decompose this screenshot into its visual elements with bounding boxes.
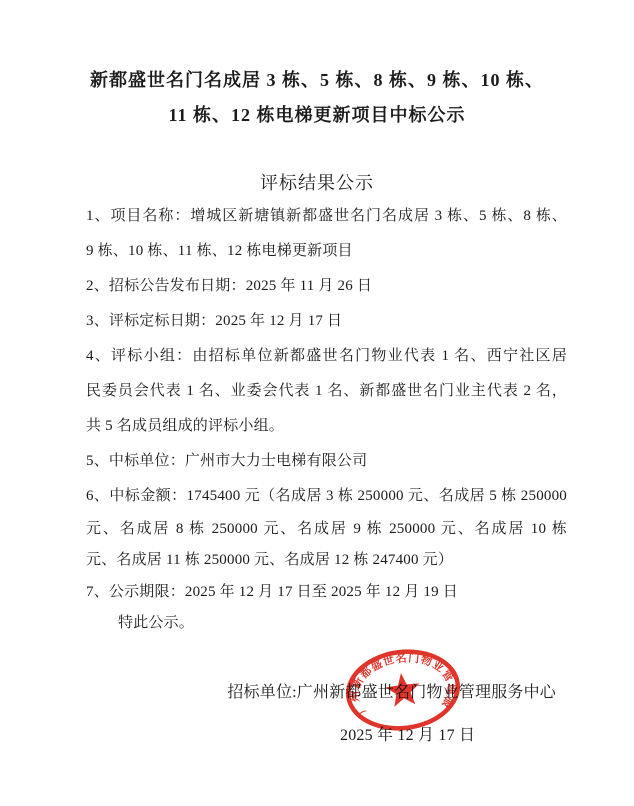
section-heading: 评标结果公示 [0,171,634,195]
signature-date: 2025 年 12 月 17 日 [340,724,475,748]
body-line-amount-1: 6、中标金额：1745400 元（名成居 3 栋 250000 元、名成居 5 … [86,484,567,508]
body-line-evaluation-date: 3、评标定标日期：2025 年 12 月 17 日 [86,309,567,333]
body-line-winner: 5、中标单位：广州市大力士电梯有限公司 [86,449,567,473]
body-line-panel-3: 共 5 名成员组成的评标小组。 [86,414,567,438]
body-line-notice-date: 2、招标公告发布日期：2025 年 11 月 26 日 [86,274,567,298]
document-title-line-1: 新都盛世名门名成居 3 栋、5 栋、8 栋、9 栋、10 栋、 [0,68,634,92]
body-line-amount-2: 元、名成居 8 栋 250000 元、名成居 9 栋 250000 元、名成居 … [86,517,567,541]
body-line-project-name-1: 1、项目名称：增城区新塘镇新都盛世名门名成居 3 栋、5 栋、8 栋、 [86,204,567,228]
document-page: 新都盛世名门名成居 3 栋、5 栋、8 栋、9 栋、10 栋、 11 栋、12 … [0,0,634,806]
body-line-publicity-period: 7、公示期限：2025 年 12 月 17 日至 2025 年 12 月 19 … [86,580,567,604]
signature-unit: 招标单位:广州新都盛世名门物业管理服务中心 [227,681,556,705]
document-title-line-2: 11 栋、12 栋电梯更新项目中标公示 [0,103,634,127]
body-line-panel-2: 民委员会代表 1 名、业委会代表 1 名、新都盛世名门业主代表 2 名， [86,379,567,403]
body-line-panel-1: 4、评标小组：由招标单位新都盛世名门物业代表 1 名、西宁社区居 [86,344,567,368]
body-line-project-name-2: 9 栋、10 栋、11 栋、12 栋电梯更新项目 [86,239,567,263]
body-line-hereby-announce: 特此公示。 [118,611,599,635]
body-line-amount-3: 元、名成居 11 栋 250000 元、名成居 12 栋 247400 元） [86,548,567,572]
